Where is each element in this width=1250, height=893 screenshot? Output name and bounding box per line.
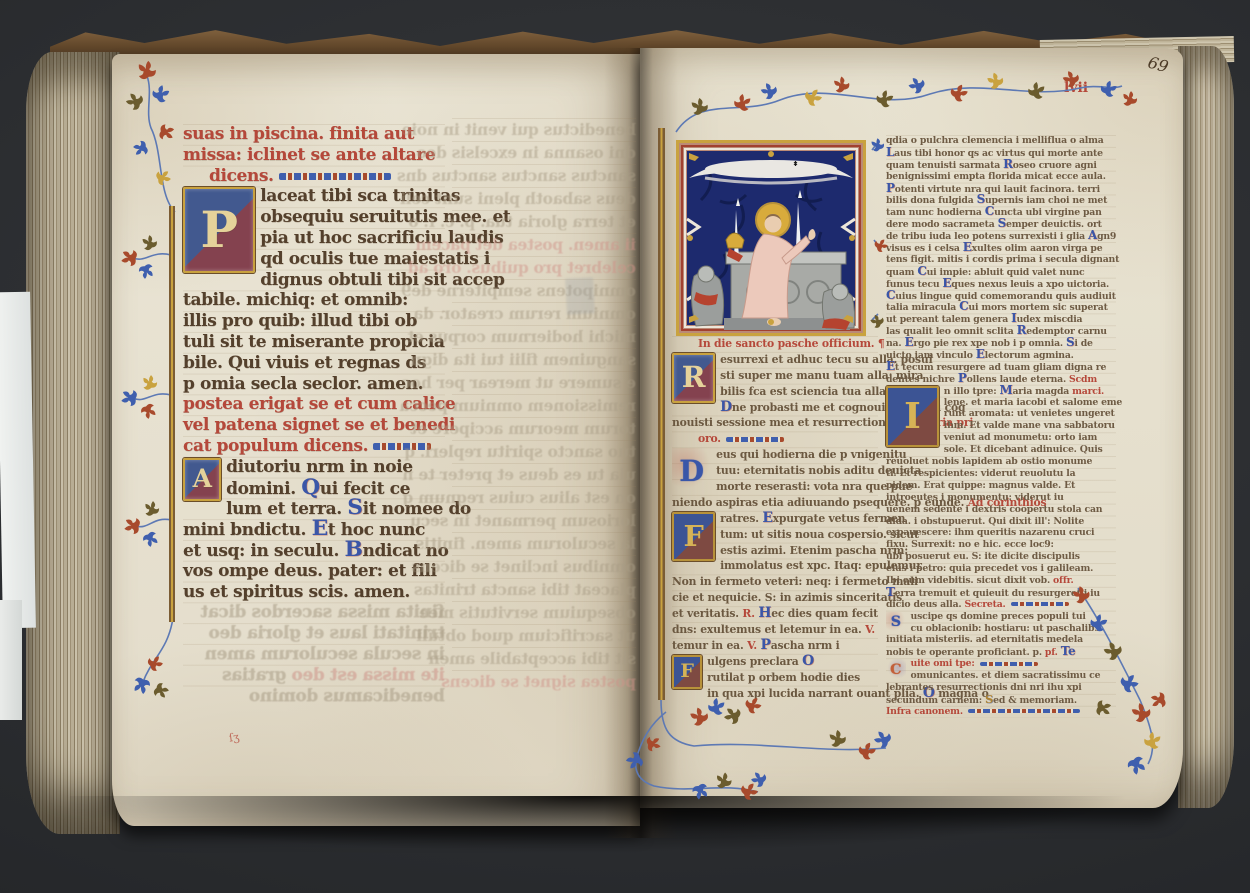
resurrection-miniature-art — [676, 140, 866, 336]
page-edges-left — [26, 52, 120, 834]
resurrection-miniature — [676, 140, 866, 336]
right-text-column-2: qdia o pulchra clemencia i melliflua o a… — [886, 135, 1116, 718]
left-showthrough-column: benedictus qui venit in noiedni osanna i… — [452, 118, 636, 693]
white-interleaf-paper — [0, 292, 36, 629]
left-text-column: suas in piscina. finita autmissa: icline… — [183, 124, 445, 706]
right-text-column-1: In die sancto pasche officium. ¶Resurrex… — [672, 336, 878, 701]
showthrough-initial-blob — [565, 277, 595, 314]
page-edges-right — [1178, 46, 1234, 808]
marginal-mark: ſʒ — [228, 730, 240, 744]
shadow-under-book — [70, 796, 1190, 868]
photograph-of-open-manuscript: suas in piscina. finita autmissa: icline… — [0, 0, 1250, 893]
white-interleaf-paper-lower — [0, 600, 22, 720]
quire-numeral: lvii — [1064, 80, 1088, 96]
